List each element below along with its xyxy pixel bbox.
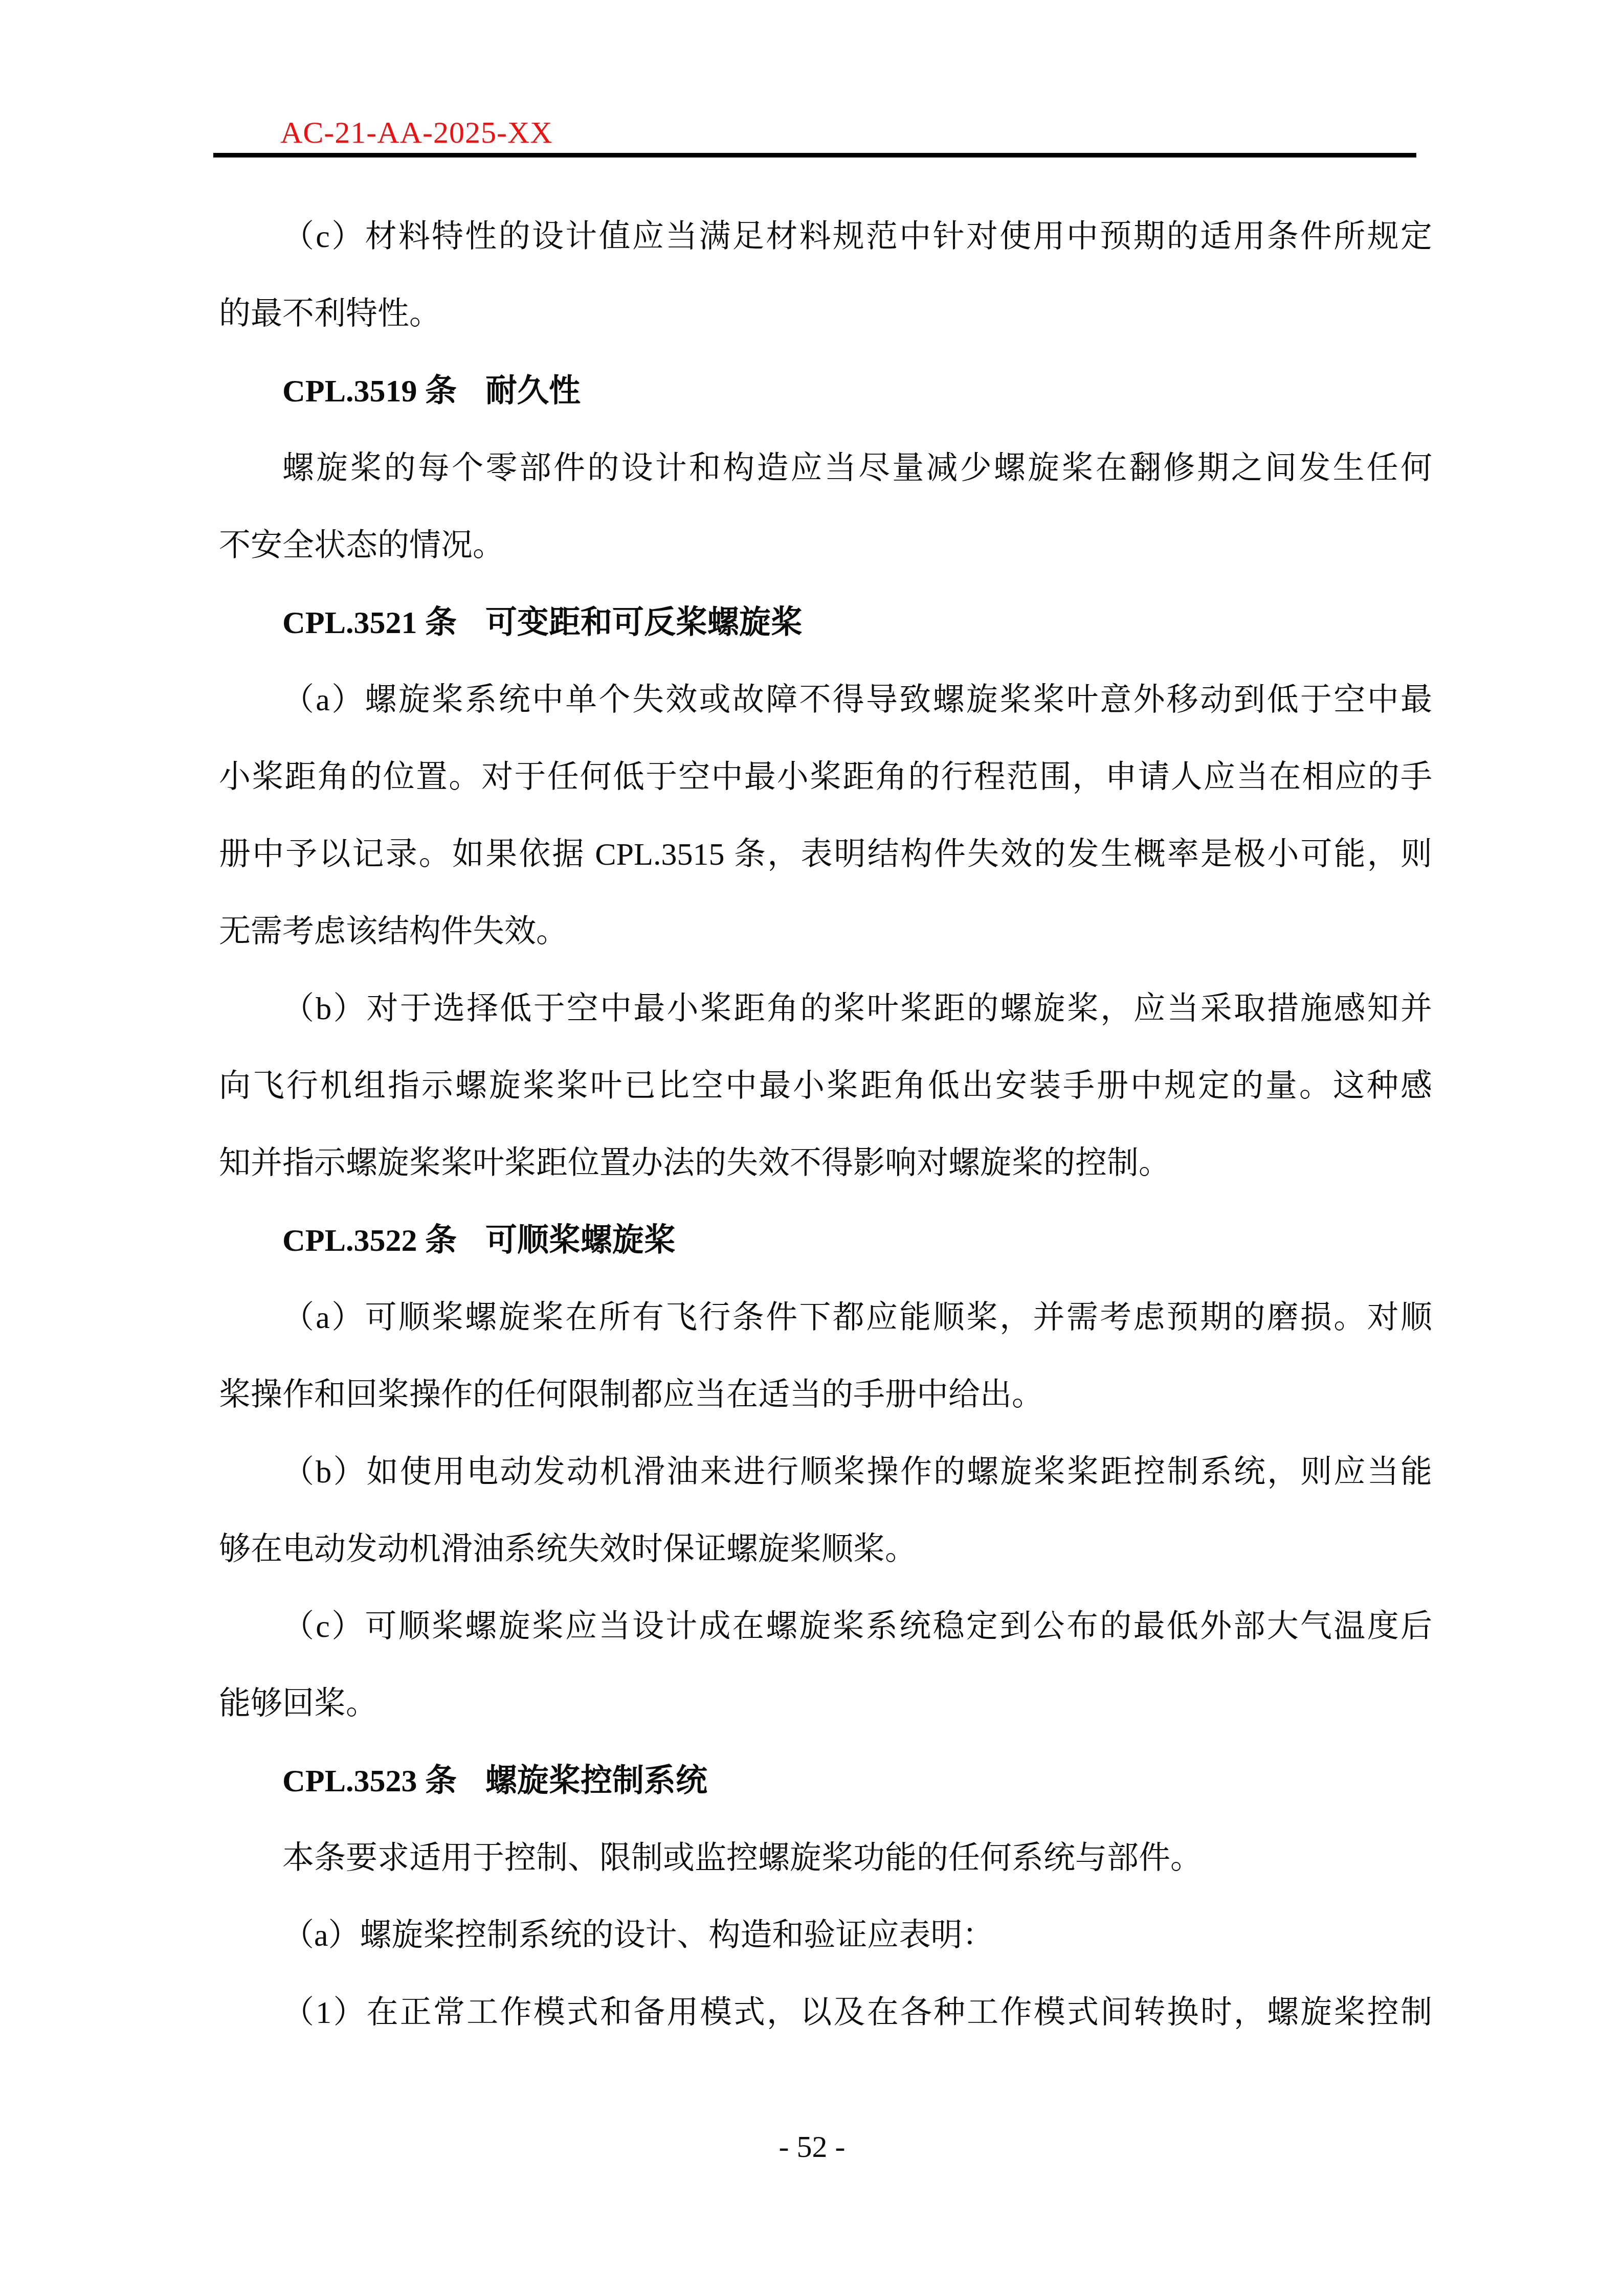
section-title: 可变距和可反桨螺旋桨 bbox=[485, 605, 803, 640]
text-line: 能够回桨。 bbox=[219, 1665, 1432, 1743]
text-line: （a）螺旋桨系统中单个失效或故障不得导致螺旋桨桨叶意外移动到低于空中最 bbox=[219, 662, 1432, 739]
section-heading: CPL.3523 条螺旋桨控制系统 bbox=[219, 1743, 1432, 1820]
text-line: 不安全状态的情况。 bbox=[219, 507, 1432, 584]
section-heading: CPL.3521 条可变距和可反桨螺旋桨 bbox=[219, 584, 1432, 662]
text-line: 的最不利特性。 bbox=[219, 276, 1432, 353]
text-line: 知并指示螺旋桨桨叶桨距位置办法的失效不得影响对螺旋桨的控制。 bbox=[219, 1125, 1432, 1202]
section-number: CPL.3521 条 bbox=[282, 605, 457, 640]
text-line: （1）在正常工作模式和备用模式，以及在各种工作模式间转换时，螺旋桨控制 bbox=[219, 1974, 1432, 2052]
section-number: CPL.3519 条 bbox=[282, 374, 457, 409]
section-number: CPL.3523 条 bbox=[282, 1764, 457, 1798]
text-line: （c）可顺桨螺旋桨应当设计成在螺旋桨系统稳定到公布的最低外部大气温度后 bbox=[219, 1588, 1432, 1665]
section-heading: CPL.3519 条耐久性 bbox=[219, 353, 1432, 430]
page-number: - 52 - bbox=[0, 2126, 1624, 2167]
text-line: 本条要求适用于控制、限制或监控螺旋桨功能的任何系统与部件。 bbox=[219, 1820, 1432, 1897]
header-doc-number: AC-21-AA-2025-XX bbox=[280, 116, 553, 149]
text-line: 小桨距角的位置。对于任何低于空中最小桨距角的行程范围，申请人应当在相应的手 bbox=[219, 739, 1432, 816]
section-title: 耐久性 bbox=[485, 374, 581, 409]
document-body: （c）材料特性的设计值应当满足材料规范中针对使用中预期的适用条件所规定的最不利特… bbox=[219, 198, 1432, 2052]
document-page: AC-21-AA-2025-XX （c）材料特性的设计值应当满足材料规范中针对使… bbox=[0, 0, 1624, 2296]
section-heading: CPL.3522 条可顺桨螺旋桨 bbox=[219, 1202, 1432, 1279]
section-number: CPL.3522 条 bbox=[282, 1223, 457, 1258]
header-rule bbox=[213, 153, 1416, 157]
text-line: （a）螺旋桨控制系统的设计、构造和验证应表明： bbox=[219, 1897, 1432, 1974]
text-line: 无需考虑该结构件失效。 bbox=[219, 893, 1432, 971]
text-line: 向飞行机组指示螺旋桨桨叶已比空中最小桨距角低出安装手册中规定的量。这种感 bbox=[219, 1048, 1432, 1125]
text-line: （b）如使用电动发动机滑油来进行顺桨操作的螺旋桨桨距控制系统，则应当能 bbox=[219, 1434, 1432, 1511]
text-line: （a）可顺桨螺旋桨在所有飞行条件下都应能顺桨，并需考虑预期的磨损。对顺 bbox=[219, 1279, 1432, 1357]
text-line: （c）材料特性的设计值应当满足材料规范中针对使用中预期的适用条件所规定 bbox=[219, 198, 1432, 276]
text-line: （b）对于选择低于空中最小桨距角的桨叶桨距的螺旋桨，应当采取措施感知并 bbox=[219, 971, 1432, 1048]
section-title: 螺旋桨控制系统 bbox=[485, 1764, 707, 1798]
text-line: 桨操作和回桨操作的任何限制都应当在适当的手册中给出。 bbox=[219, 1357, 1432, 1434]
text-line: 螺旋桨的每个零部件的设计和构造应当尽量减少螺旋桨在翻修期之间发生任何 bbox=[219, 430, 1432, 507]
section-title: 可顺桨螺旋桨 bbox=[485, 1223, 676, 1258]
text-line: 够在电动发动机滑油系统失效时保证螺旋桨顺桨。 bbox=[219, 1511, 1432, 1588]
text-line: 册中予以记录。如果依据 CPL.3515 条，表明结构件失效的发生概率是极小可能… bbox=[219, 816, 1432, 893]
